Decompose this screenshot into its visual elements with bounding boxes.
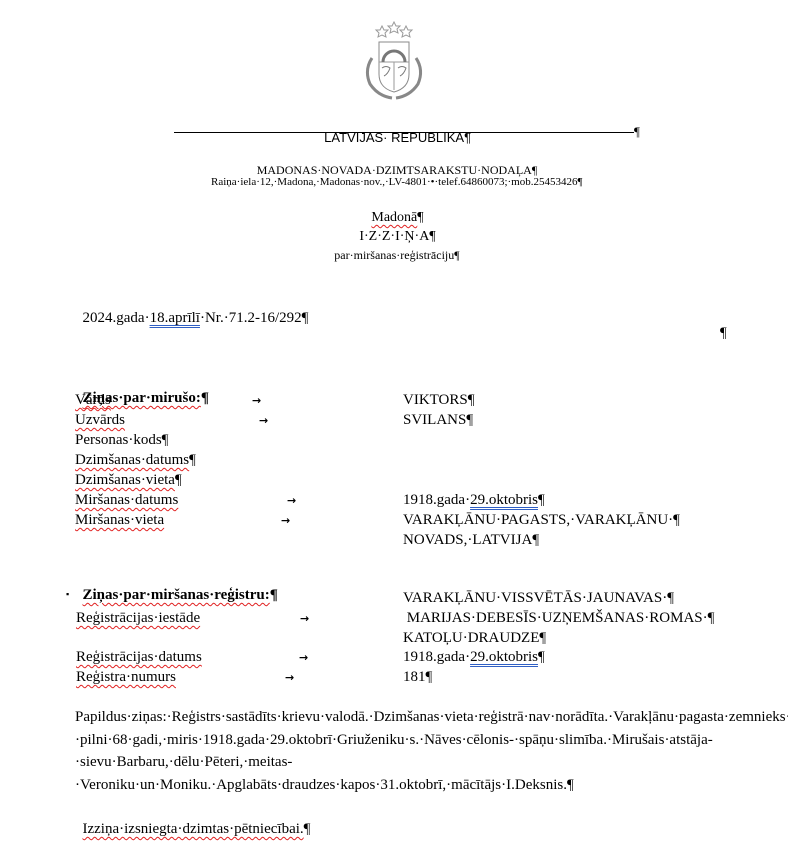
field-value-death-date: 1918.gada·29.oktobris¶ (403, 492, 545, 509)
additional-notes: Papildus·ziņas:·Reģistrs·sastādīts·kriev… (75, 706, 735, 796)
field-value-first-name: VIKTORS¶ (403, 392, 475, 409)
field-label-death-date: Miršanas·datums (75, 492, 178, 509)
tab-arrow-icon: → (299, 651, 308, 664)
latvia-coat-of-arms-icon (352, 18, 436, 102)
pilcrow-mark: ¶ (634, 124, 640, 140)
tab-arrow-icon: → (287, 494, 296, 507)
tab-arrow-icon: → (252, 394, 261, 407)
field-value-surname: SVILANS¶ (403, 412, 473, 429)
field-value-death-place: VARAKĻĀNU·PAGASTS,·VARAKĻĀNU·¶ (403, 512, 680, 529)
field-label-birth-place: Dzimšanas·vieta¶ (75, 472, 182, 489)
reference-line: 2024.gada·18.aprīlī·Nr.·71.2-16/292¶ (75, 293, 308, 327)
field-label-first-name: Vārds (75, 392, 111, 409)
tab-arrow-icon: → (259, 414, 268, 427)
field-value-registry-office-3: KATOĻU·DRAUDZE¶ (403, 630, 546, 647)
tab-arrow-icon: → (300, 612, 309, 625)
registry-heading: Ziņas·par·miršanas·reģistru:¶ (75, 570, 278, 604)
tab-arrow-icon: → (285, 671, 294, 684)
field-label-registry-office: Reģistrācijas·iestāde (76, 610, 200, 627)
document-subtitle: par·miršanas·reģistrāciju¶ (0, 233, 788, 263)
office-address: Raiņa·iela·12,·Madona,·Madonas·nov.,·LV-… (0, 164, 788, 188)
field-label-birth-date: Dzimšanas·datums¶ (75, 452, 196, 469)
field-value-registry-date: 1918.gada·29.oktobris¶ (403, 649, 545, 666)
field-label-death-place: Miršanas·vieta (75, 512, 164, 529)
field-label-registry-number: Reģistra·numurs (76, 669, 176, 686)
field-value-death-place-cont: NOVADS,·LATVIJA¶ (403, 532, 539, 549)
field-value-registry-number: 181¶ (403, 669, 432, 686)
field-value-registry-office-1: VARAKĻĀNU·VISSVĒTĀS·JAUNAVAS·¶ (403, 590, 674, 607)
field-value-registry-office-2: MARIJAS·DEBESĪS·UZŅEMŠANAS·ROMAS·¶ (403, 610, 714, 627)
country-title: LATVIJAS· REPUBLIKA¶ (0, 115, 788, 145)
field-label-surname: Uzvārds (75, 412, 125, 429)
header-divider (174, 132, 634, 133)
tab-arrow-icon: → (281, 514, 290, 527)
anchor-bullet-icon: ▪ (66, 589, 69, 599)
field-label-registry-date: Reģistrācijas·datums (76, 649, 202, 666)
reference-date: 18.aprīlī (150, 310, 200, 326)
empty-paragraph-mark: ¶ (720, 325, 727, 342)
purpose-line: Izziņa·izsniegta·dzimtas·pētniecībai.¶ (75, 804, 310, 838)
field-label-personal-code: Personas·kods¶ (75, 432, 168, 449)
